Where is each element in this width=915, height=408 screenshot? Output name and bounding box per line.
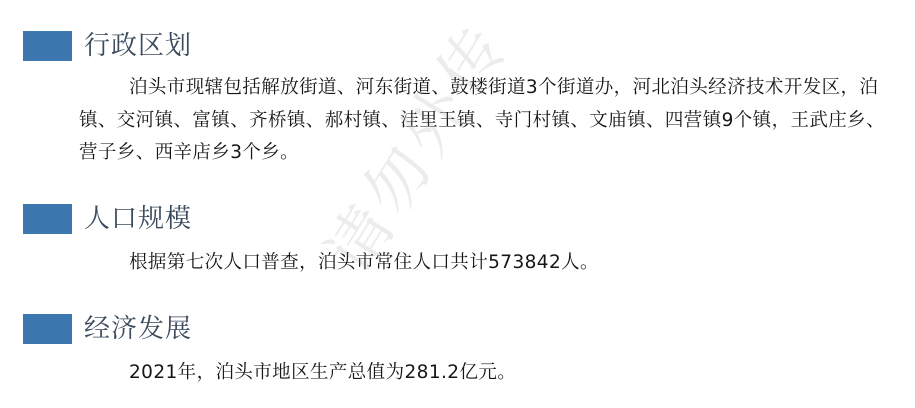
section-heading-population: 人口规模 <box>23 202 192 236</box>
section-title: 经济发展 <box>84 312 192 346</box>
blue-square-marker-icon <box>23 31 72 61</box>
section-heading-economy: 经济发展 <box>23 312 192 346</box>
section-title: 行政区划 <box>84 29 192 63</box>
section-heading-administrative-divisions: 行政区划 <box>23 29 192 63</box>
section-body-economy: 2021年，泊头市地区生产总值为281.2亿元。 <box>129 357 516 390</box>
section-body-population: 根据第七次人口普查，泊头市常住人口共计573842人。 <box>129 247 599 280</box>
blue-square-marker-icon <box>23 314 72 344</box>
section-title: 人口规模 <box>84 202 192 236</box>
section-body-administrative-divisions: 泊头市现辖包括解放街道、河东街道、鼓楼街道3个街道办，河北泊头经济技术开发区，泊… <box>79 72 894 170</box>
blue-square-marker-icon <box>23 204 72 234</box>
